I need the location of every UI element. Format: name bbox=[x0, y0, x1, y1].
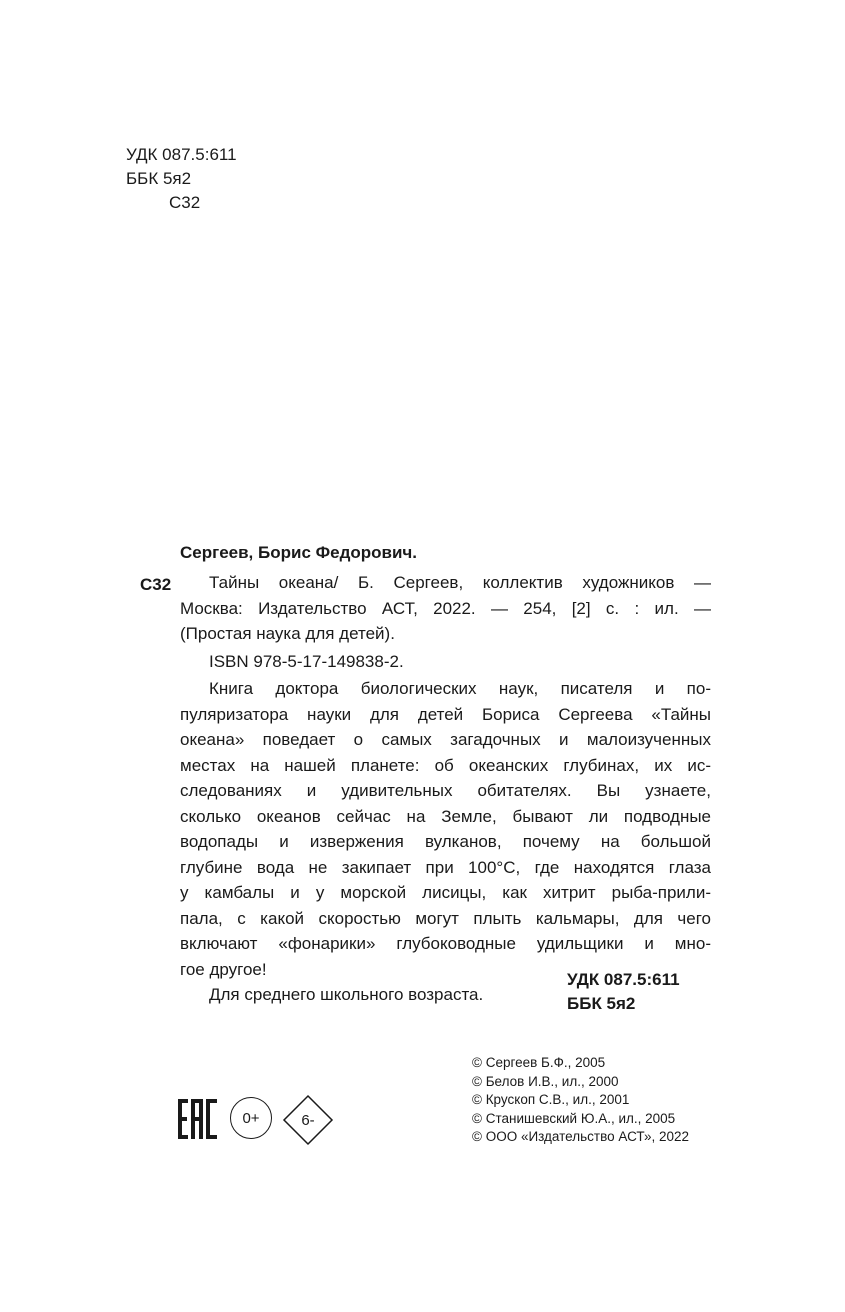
isbn: ISBN 978-5-17-149838-2. bbox=[180, 649, 711, 675]
bib-line: Тайны океана/ Б. Сергеев, коллектив худо… bbox=[180, 570, 711, 596]
isbn-text: ISBN 978-5-17-149838-2. bbox=[180, 649, 711, 675]
annotation-line: местах на нашей планете: об океанских гл… bbox=[180, 753, 711, 779]
copyright-line: © Сергеев Б.Ф., 2005 bbox=[472, 1054, 689, 1073]
annotation-line: глубине вода не закипает при 100°С, где … bbox=[180, 855, 711, 881]
copyright-line: © Крускоп С.В., ил., 2001 bbox=[472, 1091, 689, 1110]
age-rating-diamond: 6- bbox=[282, 1094, 334, 1146]
annotation-line: водопады и извержения вулканов, почему н… bbox=[180, 829, 711, 855]
annotation-line: сколько океанов сейчас на Земле, бывают … bbox=[180, 804, 711, 830]
udk-code-bold: УДК 087.5:611 bbox=[567, 968, 680, 992]
eac-icon bbox=[178, 1099, 218, 1139]
bbk-code: ББК 5я2 bbox=[126, 167, 237, 191]
age-rating-circle-text: 0+ bbox=[242, 1110, 259, 1127]
udk-code: УДК 087.5:611 bbox=[126, 143, 237, 167]
copyright-list: © Сергеев Б.Ф., 2005 © Белов И.В., ил., … bbox=[472, 1054, 689, 1147]
annotation-line: у камбалы и у морской лисицы, как хитрит… bbox=[180, 880, 711, 906]
copyright-line: © Белов И.В., ил., 2000 bbox=[472, 1073, 689, 1092]
author-sign: С32 bbox=[126, 191, 237, 215]
author-sign-bold: С32 bbox=[140, 575, 171, 595]
bbk-code-bold: ББК 5я2 bbox=[567, 992, 680, 1016]
annotation-line: пуляризатора науки для детей Бориса Серг… bbox=[180, 702, 711, 728]
bib-line: Москва: Издательство АСТ, 2022. — 254, [… bbox=[180, 596, 711, 622]
author-name: Сергеев, Борис Федорович. bbox=[180, 543, 417, 563]
bibliographic-description: Тайны океана/ Б. Сергеев, коллектив худо… bbox=[180, 570, 711, 647]
bib-line: (Простая наука для детей). bbox=[180, 621, 711, 647]
annotation-line: Книга доктора биологических наук, писате… bbox=[180, 676, 711, 702]
copyright-line: © ООО «Издательство АСТ», 2022 bbox=[472, 1128, 689, 1147]
annotation-line: океана» поведает о самых загадочных и ма… bbox=[180, 727, 711, 753]
age-rating-circle: 0+ bbox=[230, 1097, 272, 1139]
annotation: Книга доктора биологических наук, писате… bbox=[180, 676, 711, 1008]
bottom-classification-codes: УДК 087.5:611 ББК 5я2 bbox=[567, 968, 680, 1016]
age-rating-diamond-text: 6- bbox=[282, 1094, 334, 1146]
annotation-line: следованиях и удивительных обитателях. В… bbox=[180, 778, 711, 804]
annotation-line: пала, с какой скоростью могут плыть каль… bbox=[180, 906, 711, 932]
annotation-line: включают «фонарики» глубоководные удильщ… bbox=[180, 931, 711, 957]
copyright-line: © Станишевский Ю.А., ил., 2005 bbox=[472, 1110, 689, 1129]
top-classification-codes: УДК 087.5:611 ББК 5я2 С32 bbox=[126, 143, 237, 215]
